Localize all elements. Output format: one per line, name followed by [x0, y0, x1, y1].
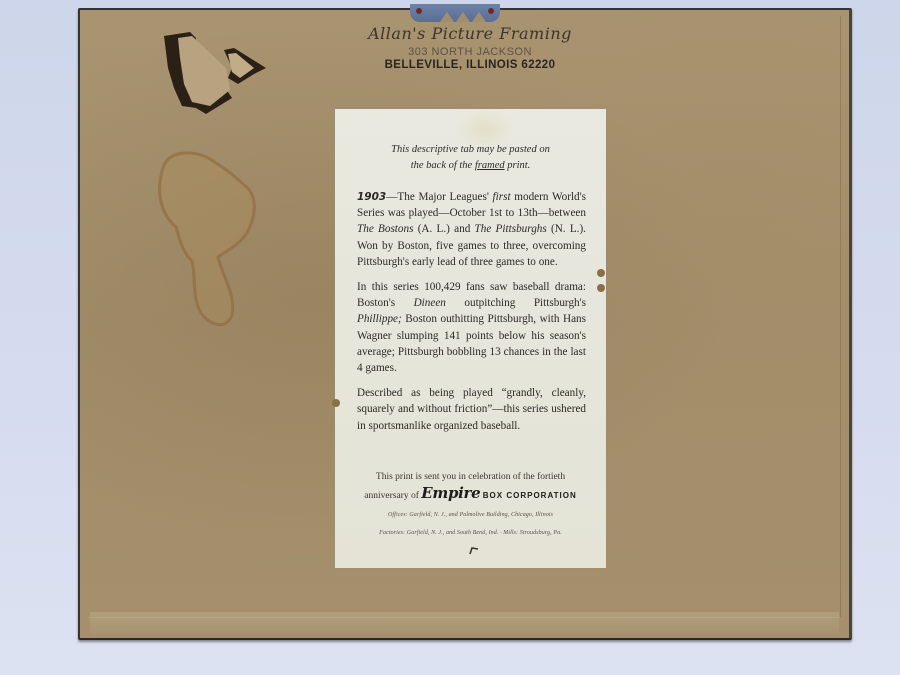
paragraph-drama: In this series 100,429 fans saw baseball…: [357, 279, 586, 376]
framer-city: BELLEVILLE, ILLINOIS 62220: [360, 59, 580, 71]
footer-line-2: anniversary of Empire BOX CORPORATION: [355, 485, 586, 504]
header-text: the back of the: [411, 160, 473, 171]
header-text: print.: [507, 160, 530, 171]
paper-notch: [597, 269, 605, 277]
team-pittsburgh: The Pittsburghs: [475, 223, 547, 235]
company-suffix: BOX CORPORATION: [483, 491, 577, 500]
text: (A. L.) and: [413, 223, 474, 235]
pitcher-dineen: Dineen: [414, 297, 446, 309]
hanger-tooth: [456, 12, 470, 22]
hanger-nail: [488, 8, 494, 14]
tab-body: 1903—The Major Leagues' first modern Wor…: [357, 189, 586, 443]
framer-street: 303 NORTH JACKSON: [360, 46, 580, 58]
frame-backing: Allan's Picture Framing 303 NORTH JACKSO…: [78, 8, 852, 640]
staple-mark: [469, 547, 479, 555]
header-underlined: framed: [475, 160, 505, 171]
footer-text: anniversary of: [364, 491, 419, 501]
paragraph-1903: 1903—The Major Leagues' first modern Wor…: [357, 189, 586, 270]
tab-header: This descriptive tab may be pasted on th…: [365, 142, 576, 174]
text: first: [493, 191, 511, 203]
framer-stamp: Allan's Picture Framing 303 NORTH JACKSO…: [360, 24, 580, 71]
offices-line: Offices: Garfield, N. J., and Palmolive …: [355, 510, 586, 520]
header-line-2: the back of the framed print.: [365, 158, 576, 174]
year: 1903: [357, 191, 386, 203]
footer-line-1: This print is sent you in celebration of…: [355, 469, 586, 485]
empire-logo: Empire: [421, 484, 480, 502]
team-boston: The Bostons: [357, 223, 413, 235]
pitcher-phillippe: Phillippe;: [357, 313, 402, 325]
factories-line: Factories: Garfield, N. J., and South Be…: [355, 528, 586, 538]
header-line-1: This descriptive tab may be pasted on: [365, 142, 576, 158]
tab-footer: This print is sent you in celebration of…: [355, 469, 586, 538]
paper-notch: [332, 399, 340, 407]
descriptive-tab: This descriptive tab may be pasted on th…: [335, 109, 606, 568]
sawtooth-hanger: [410, 4, 500, 22]
torn-hole: [162, 28, 272, 118]
text: outpitching Pittsburgh's: [446, 297, 586, 309]
bottom-tape: [90, 612, 839, 634]
paragraph-described: Described as being played “grandly, clea…: [357, 385, 586, 434]
text: —The Major Leagues': [386, 191, 492, 203]
hanger-tooth: [440, 12, 454, 22]
hanger-nail: [416, 8, 422, 14]
framer-name: Allan's Picture Framing: [360, 24, 580, 43]
hanger-tooth: [472, 12, 486, 22]
water-stain: [152, 145, 282, 335]
paper-notch: [597, 284, 605, 292]
